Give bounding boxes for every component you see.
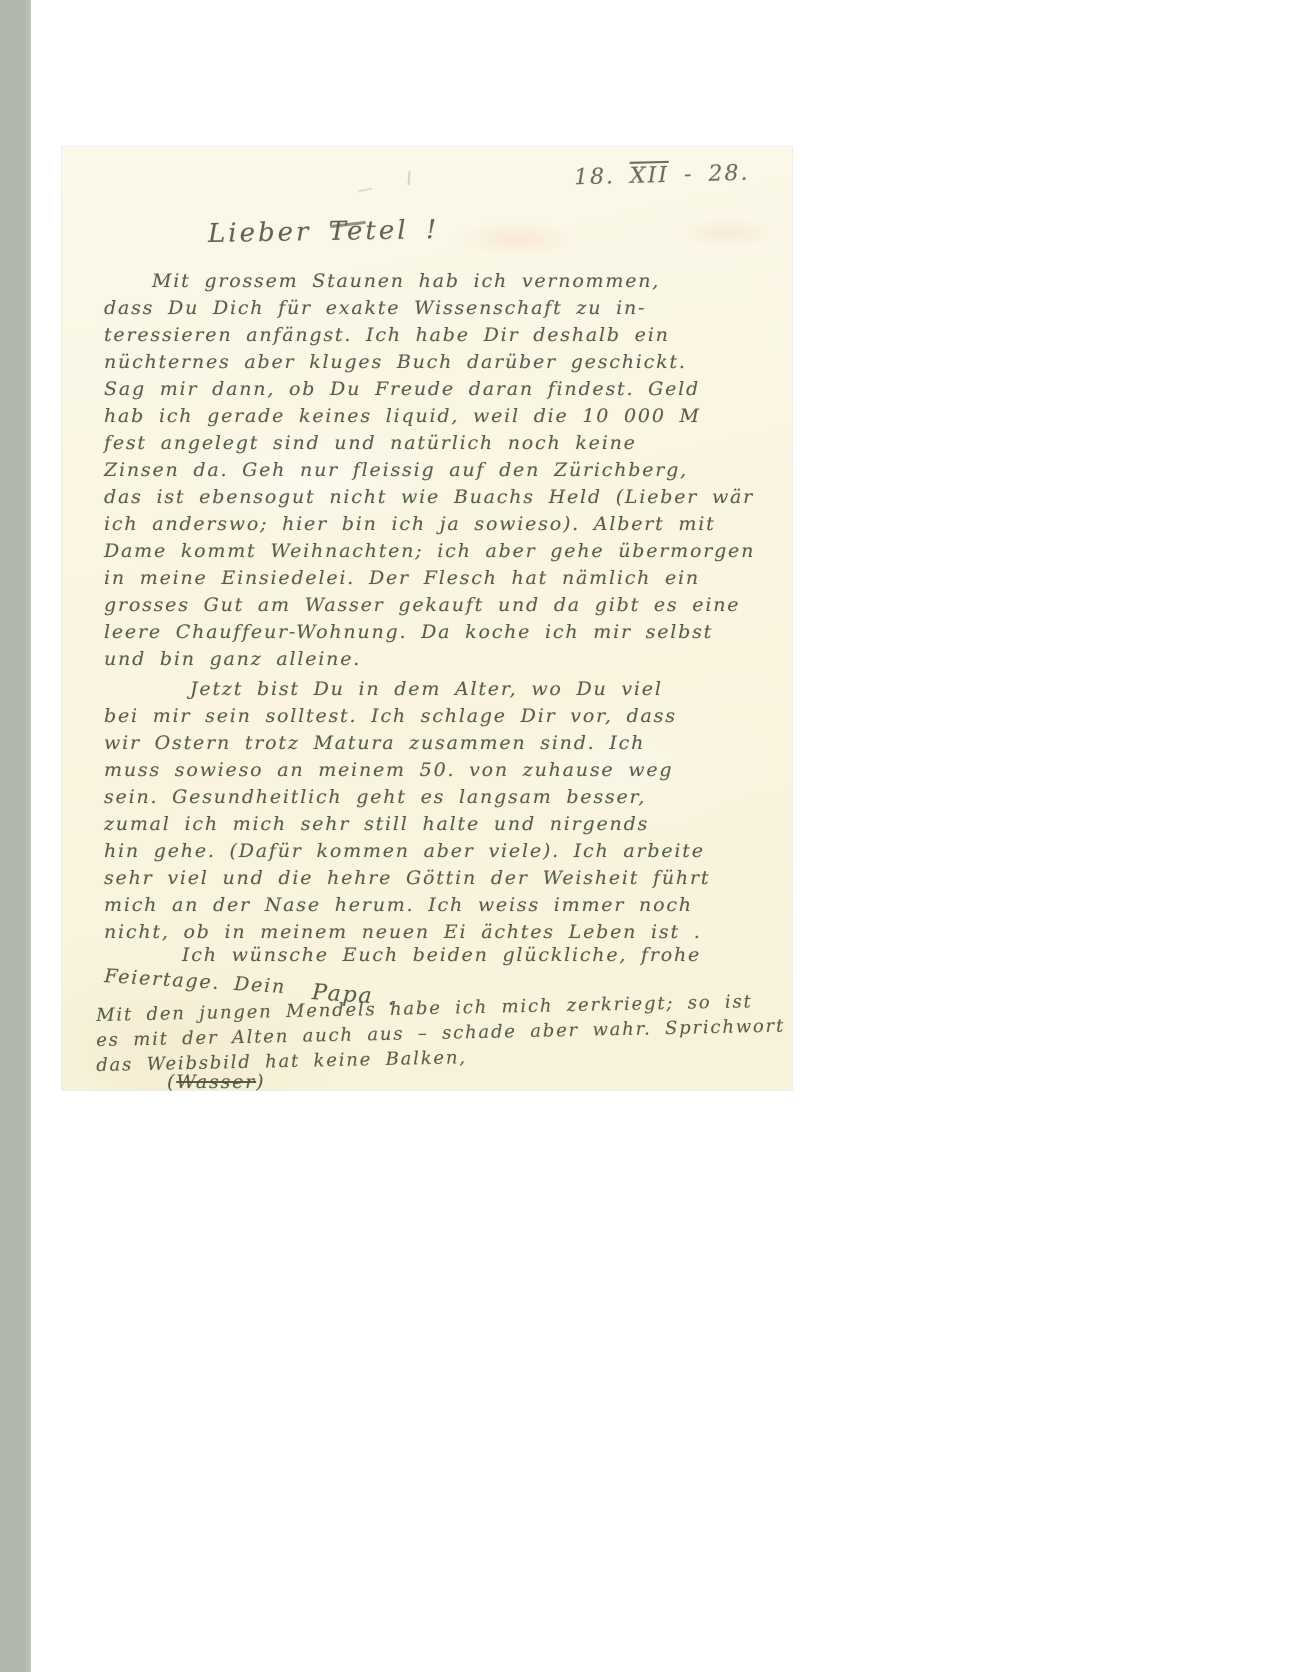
handwriting-line: das Weibsbild hat keine Balken, (96, 1047, 467, 1076)
struck-word: Wasser (176, 1071, 256, 1093)
left-accent-bar (0, 0, 31, 1672)
paren-open: ( (167, 1071, 176, 1093)
letter-paper: 18. XII - 28. Lieber Tetel ! Mit grossem… (62, 147, 792, 1090)
postscript: Mit den jungen Mendels habe ich mich zer… (62, 147, 792, 1090)
cancelled-word-note: (Wasser) (167, 1071, 265, 1093)
scan-viewer: 18. XII - 28. Lieber Tetel ! Mit grossem… (0, 0, 1301, 1672)
paren-close: ) (256, 1071, 265, 1093)
